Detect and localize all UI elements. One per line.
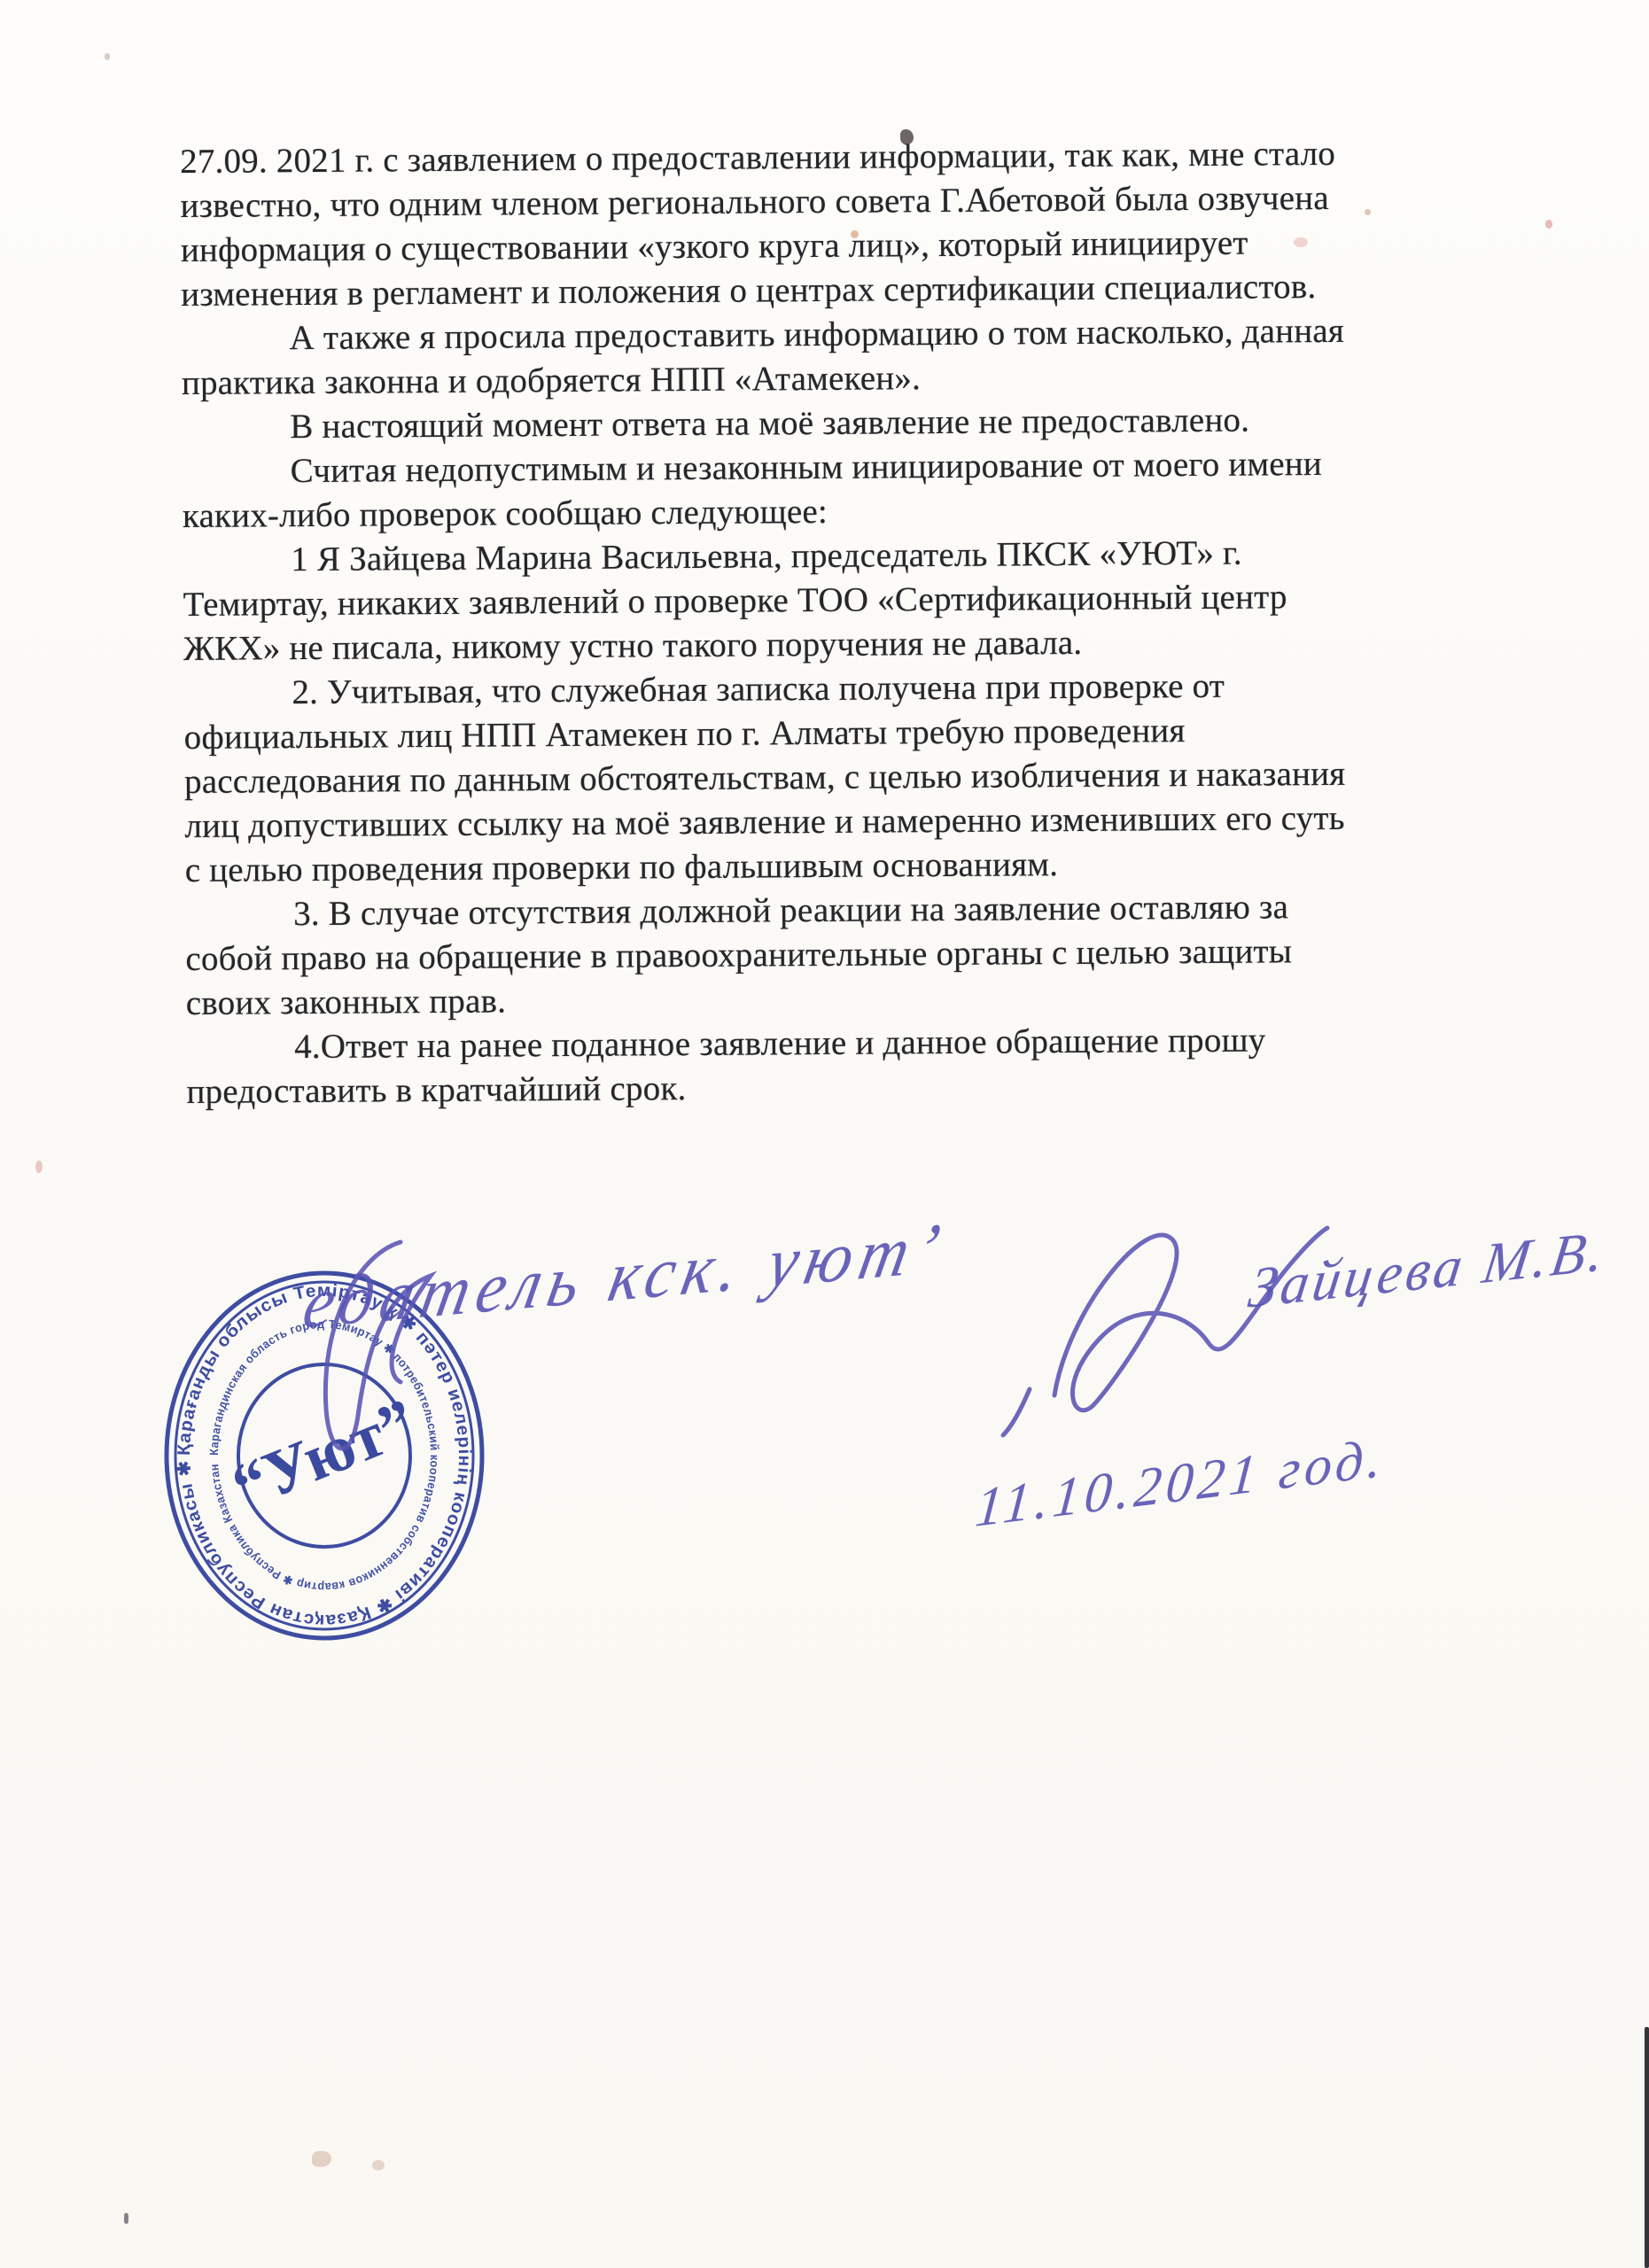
scan-speck — [1365, 209, 1371, 215]
text-line: А также я просила предоставить информаци… — [181, 309, 1373, 361]
scan-speck — [851, 230, 859, 238]
scan-speck — [312, 2151, 331, 2167]
text-line: лиц допустивших ссылку на моё заявление … — [184, 796, 1376, 849]
scan-speck — [105, 53, 110, 60]
text-line: 2. Учитывая, что служебная записка получ… — [183, 664, 1375, 716]
scan-speck — [900, 129, 914, 144]
scan-speck — [124, 2213, 128, 2224]
scan-speck — [1294, 237, 1308, 247]
scan-speck — [1545, 220, 1552, 229]
signature-flourish-tail — [1003, 1389, 1030, 1435]
scan-edge-shadow — [1645, 2027, 1649, 2268]
handwritten-role-line: едатель кск. уют’ — [297, 1208, 953, 1346]
scan-speck — [372, 2160, 385, 2171]
scanned-letter-page: 27.09. 2021 г. с заявлением о предоставл… — [0, 0, 1649, 2268]
text-line: 4.Ответ на ранее поданное заявление и да… — [186, 1018, 1378, 1070]
scan-speck — [35, 1161, 43, 1173]
handwritten-signature: Зайцева М.В. — [1245, 1217, 1612, 1322]
text-line: Темиртау, никаких заявлений о проверке Т… — [183, 575, 1374, 627]
handwritten-date: 11.10.2021 год. — [973, 1426, 1388, 1541]
text-line: собой право на обращение в правоохраните… — [185, 929, 1377, 982]
body-text: 27.09. 2021 г. с заявлением о предоставл… — [180, 132, 1379, 1115]
text-line: предоставить в кратчайший срок. — [186, 1062, 1378, 1115]
text-line: Считая недопустимым и незаконным инициир… — [182, 442, 1373, 494]
